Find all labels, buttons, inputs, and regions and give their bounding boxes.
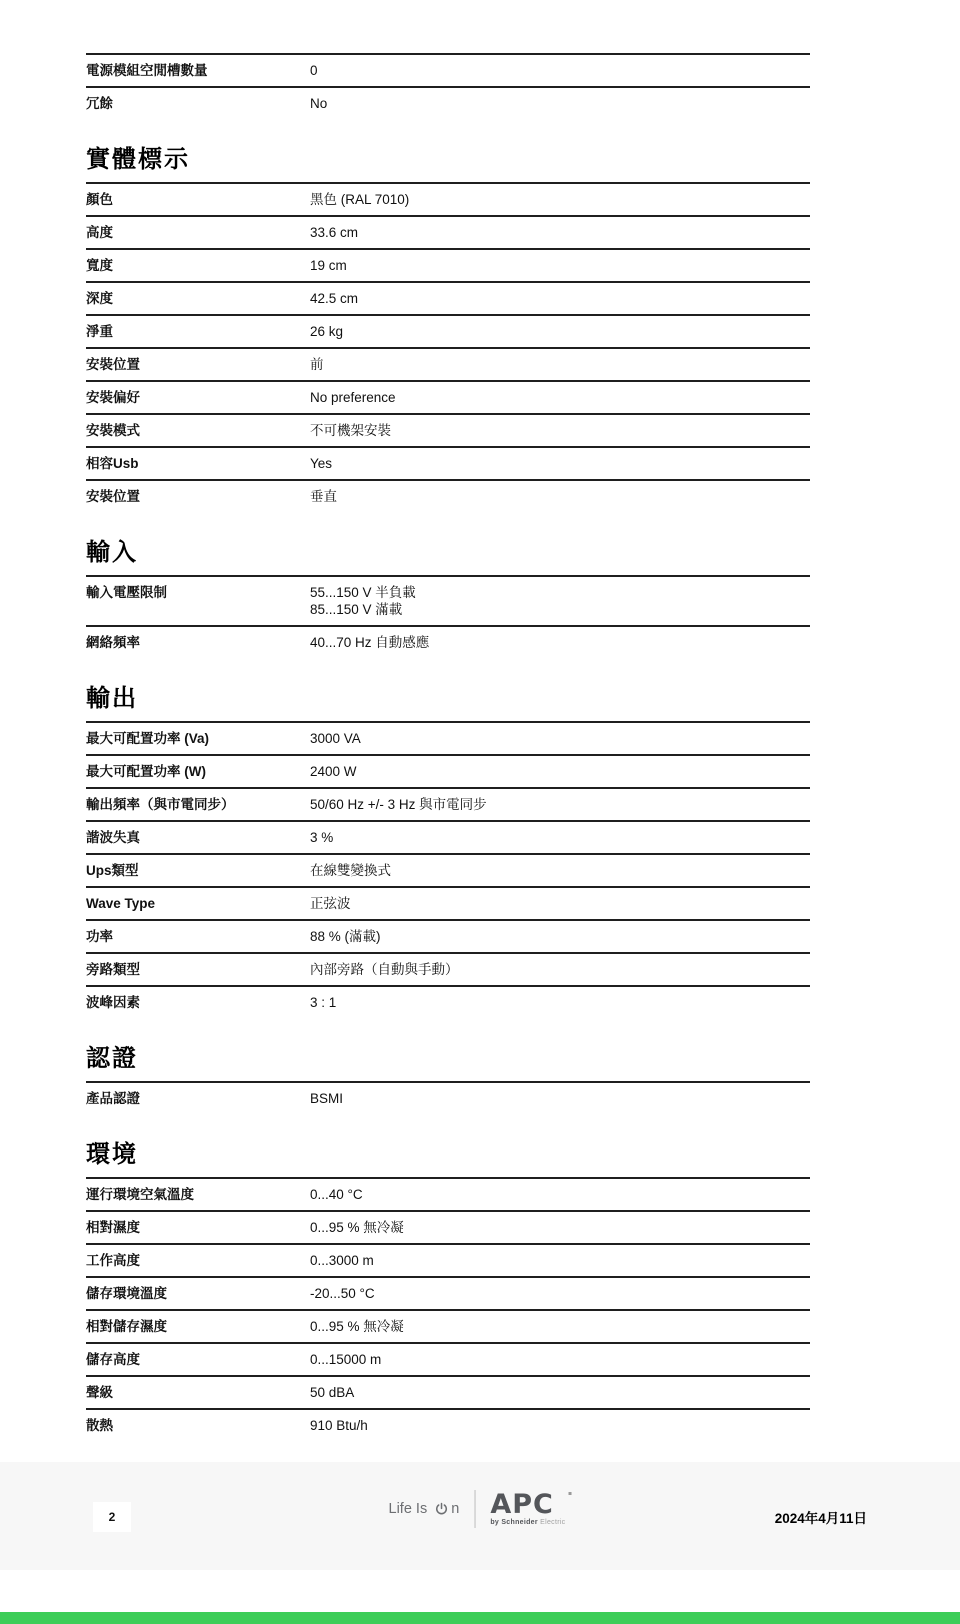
spec-row-label: 電源模組空閒槽數量 xyxy=(86,62,310,79)
life-is-on-text-suffix: n xyxy=(451,1501,459,1517)
spec-row-label: 安裝位置 xyxy=(86,356,310,373)
spec-row: 安裝位置垂直 xyxy=(86,479,810,512)
spec-row-label: 產品認證 xyxy=(86,1090,310,1107)
spec-row-label: 波峰因素 xyxy=(86,994,310,1011)
spec-row: 產品認證BSMI xyxy=(86,1081,810,1114)
spec-row: 聲級50 dBA xyxy=(86,1375,810,1408)
spec-row-label: 顏色 xyxy=(86,191,310,208)
spec-row: 工作高度0...3000 m xyxy=(86,1243,810,1276)
spec-row: 諧波失真3 % xyxy=(86,820,810,853)
spec-row-label: 功率 xyxy=(86,928,310,945)
apc-logo: APC by Schneider Electric xyxy=(490,1492,571,1526)
spec-row-value: 33.6 cm xyxy=(310,224,810,241)
spec-row-label: 諧波失真 xyxy=(86,829,310,846)
spec-row-label: 儲存高度 xyxy=(86,1351,310,1368)
spec-row: 安裝位置前 xyxy=(86,347,810,380)
page-footer: 2 Life Is n APC by Schneider Electric 20… xyxy=(0,1462,960,1570)
spec-row-label: 工作高度 xyxy=(86,1252,310,1269)
spec-row-value: 2400 W xyxy=(310,763,810,780)
brand-logo-cluster: Life Is n APC by Schneider Electric xyxy=(389,1490,572,1528)
section-title: 認證 xyxy=(86,1044,810,1074)
spec-row: 散熱910 Btu/h xyxy=(86,1408,810,1441)
spec-row: 相對儲存濕度0...95 % 無冷凝 xyxy=(86,1309,810,1342)
spec-row-value: 不可機架安裝 xyxy=(310,422,810,439)
spec-row: 旁路類型內部旁路（自動與手動） xyxy=(86,952,810,985)
spec-row-label: 散熱 xyxy=(86,1417,310,1434)
spec-row-label: 最大可配置功率 (W) xyxy=(86,763,310,780)
spec-row-value: 0...15000 m xyxy=(310,1351,810,1368)
spec-row-label: 安裝模式 xyxy=(86,422,310,439)
spec-row-value: 3000 VA xyxy=(310,730,810,747)
spec-row: 冗餘No xyxy=(86,86,810,119)
spec-sheet-page: { "page": { "accent_green": "#3dcd58", "… xyxy=(0,0,960,1624)
spec-row: 儲存環境溫度-20...50 °C xyxy=(86,1276,810,1309)
spec-content: 電源模組空閒槽數量0冗餘No 實體標示顏色黑色 (RAL 7010)高度33.6… xyxy=(86,0,810,1441)
spec-row-value: Yes xyxy=(310,455,810,472)
spec-row: 顏色黑色 (RAL 7010) xyxy=(86,182,810,215)
footer-accent-bar xyxy=(0,1612,960,1624)
spec-row-label: 高度 xyxy=(86,224,310,241)
section-title: 實體標示 xyxy=(86,145,810,175)
power-icon xyxy=(434,1502,448,1516)
spec-row-label: 寬度 xyxy=(86,257,310,274)
apc-logo-text: APC xyxy=(490,1492,565,1517)
spec-table-continuation: 電源模組空閒槽數量0冗餘No xyxy=(86,53,810,119)
spec-row-value: 19 cm xyxy=(310,257,810,274)
spec-row: 波峰因素3 : 1 xyxy=(86,985,810,1018)
spec-row-label: Wave Type xyxy=(86,895,310,912)
section-title: 環境 xyxy=(86,1140,810,1170)
footer-date: 2024年4月11日 xyxy=(775,1507,867,1527)
spec-sections: 實體標示顏色黑色 (RAL 7010)高度33.6 cm寬度19 cm深度42.… xyxy=(86,145,810,1441)
spec-row-label: 相對濕度 xyxy=(86,1219,310,1236)
spec-row: 儲存高度0...15000 m xyxy=(86,1342,810,1375)
spec-row-value: 在線雙變換式 xyxy=(310,862,810,879)
spec-row-value: 0...95 % 無冷凝 xyxy=(310,1219,810,1236)
section-title: 輸入 xyxy=(86,538,810,568)
spec-row-value: 88 % (滿載) xyxy=(310,928,810,945)
spec-row: 淨重26 kg xyxy=(86,314,810,347)
spec-row-label: 旁路類型 xyxy=(86,961,310,978)
spec-row-value: 前 xyxy=(310,356,810,373)
spec-row-label: 相對儲存濕度 xyxy=(86,1318,310,1335)
spec-row-label: 最大可配置功率 (Va) xyxy=(86,730,310,747)
section-title: 輸出 xyxy=(86,684,810,714)
spec-row-value: 40...70 Hz 自動感應 xyxy=(310,634,810,651)
spec-row: 最大可配置功率 (Va)3000 VA xyxy=(86,721,810,754)
spec-row-value: 50/60 Hz +/- 3 Hz 與市電同步 xyxy=(310,796,810,813)
spec-row-value: 黑色 (RAL 7010) xyxy=(310,191,810,208)
spec-row-value: 內部旁路（自動與手動） xyxy=(310,961,810,978)
spec-row: 網絡頻率40...70 Hz 自動感應 xyxy=(86,625,810,658)
spec-row-value: No xyxy=(310,95,810,112)
spec-table: 運行環境空氣溫度0...40 °C相對濕度0...95 % 無冷凝工作高度0..… xyxy=(86,1177,810,1441)
spec-row-value: BSMI xyxy=(310,1090,810,1107)
apc-logo-subtext: by Schneider Electric xyxy=(490,1519,565,1526)
apc-subtext-light: Electric xyxy=(538,1519,566,1526)
spec-row-value: 26 kg xyxy=(310,323,810,340)
spec-table: 輸入電壓限制55...150 V 半負載 85...150 V 滿載網絡頻率40… xyxy=(86,575,810,658)
spec-row: 最大可配置功率 (W)2400 W xyxy=(86,754,810,787)
spec-row-label: 冗餘 xyxy=(86,95,310,112)
spec-row-value: 910 Btu/h xyxy=(310,1417,810,1434)
spec-row: Wave Type正弦波 xyxy=(86,886,810,919)
spec-row-value: No preference xyxy=(310,389,810,406)
spec-row-label: 安裝偏好 xyxy=(86,389,310,406)
spec-row-label: 運行環境空氣溫度 xyxy=(86,1186,310,1203)
spec-row: 運行環境空氣溫度0...40 °C xyxy=(86,1177,810,1210)
spec-table: 產品認證BSMI xyxy=(86,1081,810,1114)
spec-table: 最大可配置功率 (Va)3000 VA最大可配置功率 (W)2400 W輸出頻率… xyxy=(86,721,810,1018)
spec-row-value: 42.5 cm xyxy=(310,290,810,307)
spec-row-label: 相容Usb xyxy=(86,455,310,472)
spec-row-label: Ups類型 xyxy=(86,862,310,879)
spec-row-value: 0...40 °C xyxy=(310,1186,810,1203)
page-number: 2 xyxy=(93,1502,131,1532)
spec-row-label: 深度 xyxy=(86,290,310,307)
spec-row: 深度42.5 cm xyxy=(86,281,810,314)
spec-row: 輸入電壓限制55...150 V 半負載 85...150 V 滿載 xyxy=(86,575,810,625)
spec-row: Ups類型在線雙變換式 xyxy=(86,853,810,886)
spec-row: 相對濕度0...95 % 無冷凝 xyxy=(86,1210,810,1243)
spec-row-value: 正弦波 xyxy=(310,895,810,912)
spec-row: 安裝偏好No preference xyxy=(86,380,810,413)
logo-divider xyxy=(474,1490,475,1528)
spec-row-value: 3 % xyxy=(310,829,810,846)
spec-row: 輸出頻率（與市電同步）50/60 Hz +/- 3 Hz 與市電同步 xyxy=(86,787,810,820)
life-is-on-logo: Life Is n xyxy=(389,1501,460,1517)
spec-row-value: 垂直 xyxy=(310,488,810,505)
life-is-on-text-prefix: Life Is xyxy=(389,1501,432,1517)
spec-row-value: 55...150 V 半負載 85...150 V 滿載 xyxy=(310,584,810,618)
spec-row-value: 0...95 % 無冷凝 xyxy=(310,1318,810,1335)
spec-row-label: 安裝位置 xyxy=(86,488,310,505)
spec-row-label: 輸出頻率（與市電同步） xyxy=(86,796,310,813)
spec-row-value: 0 xyxy=(310,62,810,79)
apc-trademark-mark xyxy=(568,1492,571,1495)
spec-row-label: 儲存環境溫度 xyxy=(86,1285,310,1302)
spec-row-label: 輸入電壓限制 xyxy=(86,584,310,601)
spec-row: 電源模組空閒槽數量0 xyxy=(86,53,810,86)
spec-row: 高度33.6 cm xyxy=(86,215,810,248)
spec-row: 相容UsbYes xyxy=(86,446,810,479)
spec-row-label: 網絡頻率 xyxy=(86,634,310,651)
spec-row: 寬度19 cm xyxy=(86,248,810,281)
spec-row-value: -20...50 °C xyxy=(310,1285,810,1302)
spec-row-value: 3 : 1 xyxy=(310,994,810,1011)
spec-table: 顏色黑色 (RAL 7010)高度33.6 cm寬度19 cm深度42.5 cm… xyxy=(86,182,810,512)
spec-row-value: 0...3000 m xyxy=(310,1252,810,1269)
spec-row-label: 淨重 xyxy=(86,323,310,340)
spec-row: 安裝模式不可機架安裝 xyxy=(86,413,810,446)
spec-row-value: 50 dBA xyxy=(310,1384,810,1401)
spec-row: 功率88 % (滿載) xyxy=(86,919,810,952)
apc-subtext-bold: by Schneider xyxy=(490,1519,538,1526)
spec-row-label: 聲級 xyxy=(86,1384,310,1401)
